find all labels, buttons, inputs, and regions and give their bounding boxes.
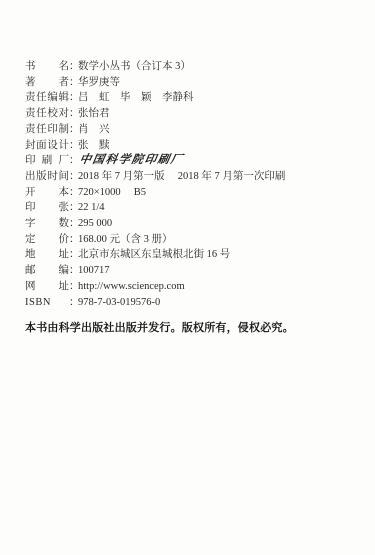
row-label: 网址	[25, 279, 69, 295]
row-label: 封面设计	[25, 138, 69, 154]
colophon-row: 著者：华罗庚等	[25, 75, 357, 91]
printer-logo-text: 中国科学院印刷厂	[78, 153, 185, 169]
row-value: 295 000	[78, 218, 112, 229]
colophon-row: 封面设计：张 黩	[25, 138, 357, 154]
colophon-row: 邮编：100717	[25, 263, 357, 279]
row-colon: ：	[69, 75, 78, 91]
row-label: 定价	[25, 232, 69, 248]
row-colon: ：	[69, 90, 78, 106]
row-colon: ：	[69, 263, 78, 279]
colophon-row: 地址：北京市东城区东皇城根北街 16 号	[25, 247, 357, 263]
row-label: 责任编辑	[25, 90, 69, 106]
row-colon: ：	[69, 200, 78, 216]
row-colon: ：	[69, 153, 78, 169]
colophon-page: 书名：数学小丛书（合订本 3）著者：华罗庚等责任编辑：吕 虹 毕 颖 李静科责任…	[0, 0, 375, 555]
row-label: 开本	[25, 185, 69, 201]
row-value: 张 黩	[78, 140, 110, 151]
row-label: 邮编	[25, 263, 69, 279]
row-value: 数学小丛书（合订本 3）	[78, 61, 191, 72]
colophon-rows: 书名：数学小丛书（合订本 3）著者：华罗庚等责任编辑：吕 虹 毕 颖 李静科责任…	[25, 59, 357, 310]
row-colon: ：	[69, 59, 78, 75]
row-value: 吕 虹 毕 颖 李静科	[78, 92, 194, 103]
row-colon: ：	[69, 216, 78, 232]
row-colon: ：	[69, 169, 78, 185]
row-value: 168.00 元（含 3 册）	[78, 234, 173, 245]
row-label: 书名	[25, 59, 69, 75]
row-colon: ：	[69, 247, 78, 263]
colophon-row: 责任编辑：吕 虹 毕 颖 李静科	[25, 90, 357, 106]
colophon-row: 责任校对：张怡君	[25, 106, 357, 122]
row-colon: ：	[69, 279, 78, 295]
colophon-row: 出版时间：2018 年 7 月第一版 2018 年 7 月第一次印刷	[25, 169, 357, 185]
row-value: 华罗庚等	[78, 77, 120, 88]
colophon-row: 印刷厂：中国科学院印刷厂	[25, 153, 357, 169]
copyright-notice: 本书由科学出版社出版并发行。版权所有，侵权必究。	[25, 320, 357, 336]
row-value: 22 1/4	[78, 202, 105, 213]
row-label: 字数	[25, 216, 69, 232]
row-value: 978-7-03-019576-0	[78, 297, 160, 308]
row-value: 北京市东城区东皇城根北街 16 号	[78, 249, 230, 260]
colophon-row: 网址：http://www.sciencep.com	[25, 279, 357, 295]
colophon-row: 开本：720×1000 B5	[25, 185, 357, 201]
colophon-row: 字数：295 000	[25, 216, 357, 232]
row-label: ISBN	[25, 295, 69, 311]
row-value: 100717	[78, 265, 110, 276]
row-value: 肖 兴	[78, 124, 110, 135]
row-colon: ：	[69, 138, 78, 154]
colophon-row: 书名：数学小丛书（合订本 3）	[25, 59, 357, 75]
colophon-row: ISBN：978-7-03-019576-0	[25, 295, 357, 311]
row-label: 著者	[25, 75, 69, 91]
row-label: 印张	[25, 200, 69, 216]
row-value: 720×1000 B5	[78, 187, 146, 198]
row-colon: ：	[69, 122, 78, 138]
row-label: 印刷厂	[25, 153, 69, 169]
row-colon: ：	[69, 106, 78, 122]
row-value: http://www.sciencep.com	[78, 281, 185, 292]
row-label: 责任印制	[25, 122, 69, 138]
row-label: 地址	[25, 247, 69, 263]
row-value: 2018 年 7 月第一版 2018 年 7 月第一次印刷	[78, 171, 285, 182]
row-label: 责任校对	[25, 106, 69, 122]
colophon-row: 印张：22 1/4	[25, 200, 357, 216]
row-colon: ：	[69, 295, 78, 311]
row-value: 张怡君	[78, 108, 110, 119]
colophon-row: 责任印制：肖 兴	[25, 122, 357, 138]
row-colon: ：	[69, 185, 78, 201]
row-colon: ：	[69, 232, 78, 248]
colophon-row: 定价：168.00 元（含 3 册）	[25, 232, 357, 248]
row-label: 出版时间	[25, 169, 69, 185]
